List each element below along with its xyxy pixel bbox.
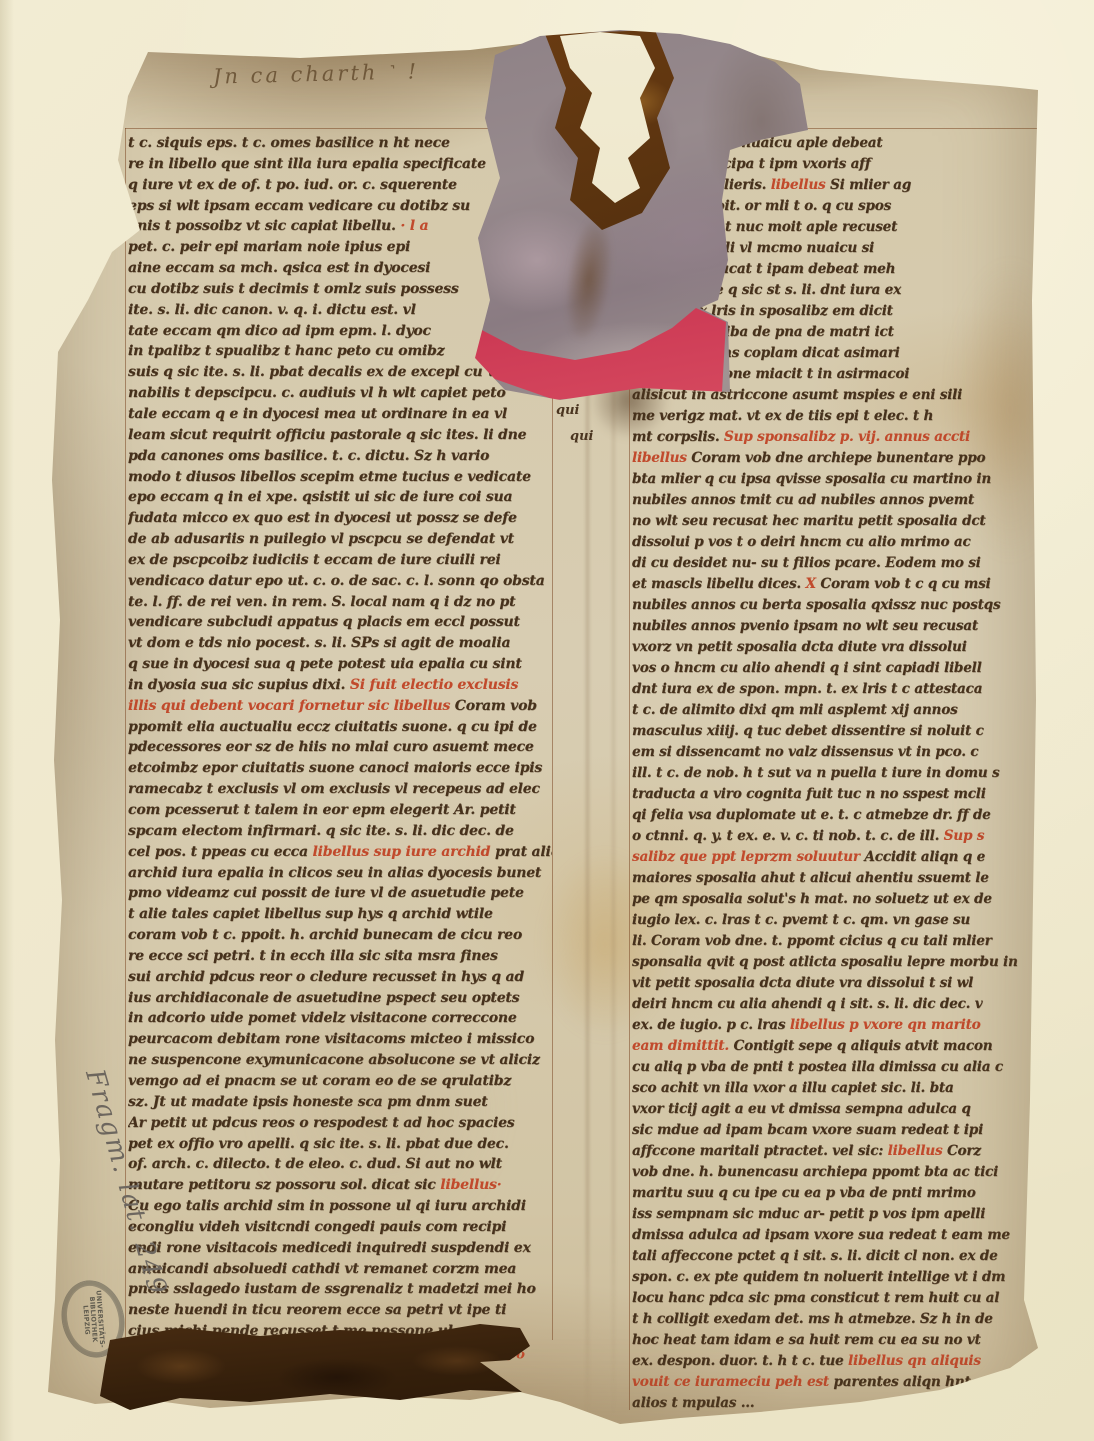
text-line: Cu ego talis archid sim in possone ul qi… — [128, 1196, 552, 1217]
text-line: dnt iura ex de spon. mpn. t. ex lris t c… — [632, 679, 1036, 700]
text-line: re ecce sci petri. t in ecch illa sic si… — [128, 946, 552, 967]
text-line: hoc heat tam idam e sa huit rem cu ea su… — [632, 1330, 1036, 1351]
text-line: nubiles annos cu berta sposalia qxissz n… — [632, 595, 1036, 616]
text-line: t alie tales capiet libellus sup hys q a… — [128, 904, 552, 925]
text-line: com pcesserut t talem in eor epm elegeri… — [128, 800, 552, 821]
text-line: t h colligit exedam det. ms h atmebze. S… — [632, 1309, 1036, 1330]
text-line: pda canones oms basilice. t. c. dictu. S… — [128, 446, 552, 467]
text-line: pmo videamz cui possit de iure vl de asu… — [128, 883, 552, 904]
text-line: vt dom e tds nio pocest. s. li. SPs si a… — [128, 633, 552, 654]
text-line: vxorz vn petit sposalia dcta diute vra d… — [632, 637, 1036, 658]
text-line: em si dissencamt no valz dissensus vt in… — [632, 742, 1036, 763]
text-line: mt corpslis. Sup sponsalibz p. vij. annu… — [632, 427, 1036, 448]
text-line: vos o hncm cu alio ahendi q i sint capia… — [632, 658, 1036, 679]
text-line: masculus xiiij. q tuc debet dissentire s… — [632, 721, 1036, 742]
text-line: in dyosia sua sic supius dixi. Si fuit e… — [128, 675, 552, 696]
text-line: Ar petit ut pdcus reos o respodest t ad … — [128, 1113, 552, 1134]
text-line: spcam electom infirmari. q sic ite. s. l… — [128, 821, 552, 842]
text-line: illis qui debent vocari fornetur sic lib… — [128, 696, 552, 717]
text-line: ex. de iugio. p c. lras libellus p vxore… — [632, 1015, 1036, 1036]
text-line: q iure vt ex de of. t po. iud. or. c. sq… — [128, 175, 552, 196]
rubric-text: libellus — [632, 450, 691, 466]
text-line: nabilis t depscipcu. c. audiuis vl h wlt… — [128, 383, 552, 404]
rubric-text: Sup sponsalibz p. vij. annus accti — [724, 429, 970, 445]
text-line: t c. de alimito dixi qm mli asplemt xij … — [632, 700, 1036, 721]
text-line: ius archidiaconale de asuetudine pspect … — [128, 988, 552, 1009]
rubric-text: libellus sup iure archid — [313, 844, 491, 860]
text-line: ppomit elia auctualiu eccz ciuitatis suo… — [128, 717, 552, 738]
text-line: iss sempnam sic mduc ar- petit p vos ipm… — [632, 1204, 1036, 1225]
text-line: peurcacom debitam rone visitacoms micteo… — [128, 1029, 552, 1050]
text-line: spon. c. ex pte quidem tn noluerit intel… — [632, 1267, 1036, 1288]
marginal-note-word: qui — [556, 398, 593, 424]
text-line: locu hanc pdca sic pma consticut t rem h… — [632, 1288, 1036, 1309]
text-line: endi rone visitacois medicedi inquiredi … — [128, 1238, 552, 1259]
text-line: neste huendi in ticu reorem ecce sa petr… — [128, 1300, 552, 1321]
text-line: sco achit vn illa vxor a illu capiet sic… — [632, 1078, 1036, 1099]
text-line: eam dimittit. Contigit sepe q aliquis at… — [632, 1036, 1036, 1057]
rubric-text: vouit ce iurameciu peh est — [632, 1374, 833, 1390]
text-line: coram vob t c. ppoit. h. archid bunecam … — [128, 925, 552, 946]
rubric-text: Si fuit electio exclusis — [350, 677, 518, 693]
marginal-note-word: qui — [570, 424, 593, 450]
text-line: te. l. ff. de rei ven. in rem. S. local … — [128, 592, 552, 613]
text-line: nubiles annos pvenio ipsam no wlt seu re… — [632, 616, 1036, 637]
text-line: etcoimbz epor ciuitatis suone canoci mai… — [128, 758, 552, 779]
text-line: vemgo ad ei pnacm se ut coram eo de se q… — [128, 1071, 552, 1092]
text-line: affccone maritali ptractet. vel sic: lib… — [632, 1141, 1036, 1162]
text-line: archid iura epalia in clicos seu in alia… — [128, 863, 552, 884]
text-line: sponsalia qvit q post atlicta sposaliu l… — [632, 952, 1036, 973]
text-line: vendicare subcludi appatus q placis em e… — [128, 612, 552, 633]
text-line: vit petit sposalia dcta diute vra dissol… — [632, 973, 1036, 994]
text-line: sui archid pdcus reor o cledure recusset… — [128, 967, 552, 988]
text-line: q sue in dyocesi sua q pete potest uia e… — [128, 654, 552, 675]
rubric-text: libellus qn aliquis — [848, 1353, 981, 1369]
text-line: pncis sslagedo iustam de ssgrenaliz t ma… — [128, 1279, 552, 1300]
text-line: iugio lex. c. lras t c. pvemt t c. qm. v… — [632, 910, 1036, 931]
text-line: mutare petitoru sz possoru sol. dicat si… — [128, 1175, 552, 1196]
text-line: econgliu videh visitcndi congedi pauis c… — [128, 1217, 552, 1238]
text-line: de ab adusariis n puilegio vl pscpcu se … — [128, 529, 552, 550]
later-title-inscription: Jn ca charth ˺ ! — [213, 59, 420, 89]
text-line: tali affeccone pctet q i sit. s. li. dic… — [632, 1246, 1036, 1267]
text-line: vxor ticij agit a eu vt dmissa sempna ad… — [632, 1099, 1036, 1120]
text-line: alios t mpulas ... — [632, 1393, 1036, 1414]
rubric-text: libellus· — [440, 1177, 501, 1193]
rubric-text: Sup s — [944, 828, 985, 844]
leather-strip-residue — [92, 1316, 537, 1428]
text-line: fudata micco ex quo est in dyocesi ut po… — [128, 508, 552, 529]
text-line: ex. despon. duor. t. h t c. tue libellus… — [632, 1351, 1036, 1372]
text-line: li. Coram vob dne. t. ppomt cicius q cu … — [632, 931, 1036, 952]
text-line: pdecessores eor sz de hiis no mlai curo … — [128, 737, 552, 758]
text-line: dmissa adulca ad ipsam vxore sua redeat … — [632, 1225, 1036, 1246]
text-line: t c. siquis eps. t c. omes basilice n ht… — [128, 133, 552, 154]
rubric-text: libellus — [771, 177, 826, 193]
text-line: libellus Coram vob dne archiepe bunentar… — [632, 448, 1036, 469]
text-line: no wlt seu recusat hec maritu petit spos… — [632, 511, 1036, 532]
text-line: bta mlier q cu ipsa qvisse sposalia cu m… — [632, 469, 1036, 490]
text-line: vob dne. h. bunencasu archiepa ppomt bta… — [632, 1162, 1036, 1183]
text-line: et mascls libellu dices. X Coram vob t c… — [632, 574, 1036, 595]
library-stamp-text: UNIVERSITÄTS- BIBLIOTHEK LEIPZIG — [81, 1290, 106, 1349]
rubric-text: X — [805, 576, 820, 592]
text-line: vouit ce iurameciu peh est parentes aliq… — [632, 1372, 1036, 1393]
text-line: of. arch. c. dilecto. t de eleo. c. dud.… — [128, 1154, 552, 1175]
text-line: epo eccam q in ei xpe. qsistit ui sic de… — [128, 487, 552, 508]
text-line: modo t diusos libellos scepim etme tuciu… — [128, 467, 552, 488]
rust-streak — [560, 216, 619, 343]
text-line: pet ex offio vro apelli. q sic ite. s. l… — [128, 1134, 552, 1155]
text-line: tale eccam q e in dyocesi mea ut ordinar… — [128, 404, 552, 425]
text-line: qi felia vsa duplomate ut e. t. c atmebz… — [632, 805, 1036, 826]
text-line: maritu suu q cu ipe cu ea p vba de pnti … — [632, 1183, 1036, 1204]
text-line: o ctnni. q. y. t ex. e. v. c. ti nob. t.… — [632, 826, 1036, 847]
photo-of-manuscript-fragment: { "annotations": { "top_inscription": "J… — [0, 0, 1094, 1441]
text-line: ramecabz t exclusis vl om exclusis vl re… — [128, 779, 552, 800]
text-line: deiri hncm cu alia ahendi q i sit. s. li… — [632, 994, 1036, 1015]
text-line: sz. Jt ut madate ipsis honeste sca pm dn… — [128, 1092, 552, 1113]
text-line: cel pos. t ppeas cu ecca libellus sup iu… — [128, 842, 552, 863]
text-line: ne suspencone exymunicacone absolucone s… — [128, 1050, 552, 1071]
text-line: me verigz mat. vt ex de tiis epi t elec.… — [632, 406, 1036, 427]
text-line: salibz que ppt leprzm soluutur Accidit a… — [632, 847, 1036, 868]
text-line: in adcorio uide pomet videlz visitacone … — [128, 1008, 552, 1029]
text-line: ex de pscpcoibz iudiciis t eccam de iure… — [128, 550, 552, 571]
text-line: amuicandi absoluedi cathdi vt remanet co… — [128, 1259, 552, 1280]
text-line: pe qm sposalia solut's h mat. no soluetz… — [632, 889, 1036, 910]
text-line: traducta a viro cognita fuit tuc n no ss… — [632, 784, 1036, 805]
text-line: dissolui p vos t o deiri hncm cu alio mr… — [632, 532, 1036, 553]
text-line: maiores sposalia ahut t alicui ahentiu s… — [632, 868, 1036, 889]
rubric-text: · l a — [396, 218, 429, 234]
text-line: ill. t c. de nob. h t sut va n puella t … — [632, 763, 1036, 784]
text-line: re in libello que sint illa iura epalia … — [128, 154, 552, 175]
rubric-text: illis qui debent vocari fornetur sic lib… — [128, 698, 455, 714]
rubric-text: libellus p vxore qn marito — [790, 1017, 981, 1033]
text-line: vendicaco datur epo ut. c. o. de sac. c.… — [128, 571, 552, 592]
rubric-text: salibz que ppt leprzm soluutur — [632, 849, 864, 865]
rubric-text: libellus — [888, 1143, 947, 1159]
text-line: nubiles annos tmit cu ad nubiles annos p… — [632, 490, 1036, 511]
text-line: leam sicut requirit officiu pastorale q … — [128, 425, 552, 446]
text-line: cu aliq p vba de pnti t postea illa dimi… — [632, 1057, 1036, 1078]
rubric-text: eam dimittit. — [632, 1038, 733, 1054]
text-line: sic mdue ad ipam bcam vxore suam redeat … — [632, 1120, 1036, 1141]
text-line: di cu desidet nu- su t filios pcare. Eod… — [632, 553, 1036, 574]
marginal-note: qui qui — [556, 398, 593, 450]
